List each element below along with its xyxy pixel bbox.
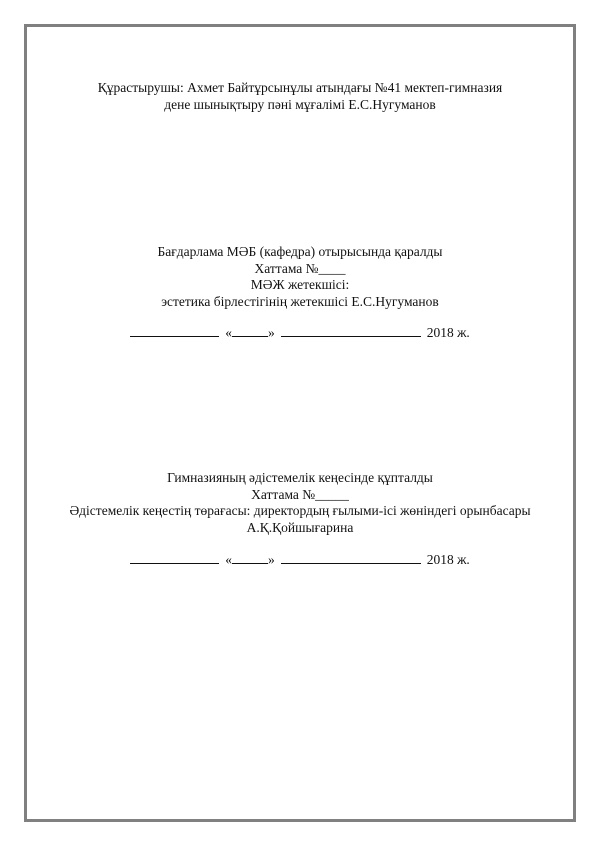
compiler-line-2: дене шынықтыру пәні мұғалімі Е.С.Нугуман… (0, 97, 600, 114)
signature-blank (130, 324, 219, 337)
kafedra-head-label: МӘЖ жетекшісі: (0, 277, 600, 294)
compiler-line-1: Құрастырушы: Ахмет Байтұрсынұлы атындағы… (0, 80, 600, 97)
council-chair-label: Әдістемелік кеңестің төрағасы: директорд… (0, 503, 600, 520)
compiler-info: Құрастырушы: Ахмет Байтұрсынұлы атындағы… (0, 80, 600, 113)
kafedra-head-name: эстетика бірлестігінің жетекшісі Е.С.Нуг… (0, 294, 600, 311)
month-blank (281, 324, 421, 337)
kafedra-protocol-number: Хаттама №____ (0, 261, 600, 278)
council-chair-name: А.Қ.Қойшығарина (0, 520, 600, 537)
kafedra-reviewed-text: Бағдарлама МӘБ (кафедра) отырысында қара… (0, 244, 600, 261)
council-approved-text: Гимназияның әдістемелік кеңесінде құптал… (0, 470, 600, 487)
close-quote: » (268, 552, 275, 567)
year-text: 2018 ж. (427, 325, 470, 340)
day-blank (232, 324, 268, 337)
open-quote: « (225, 552, 232, 567)
month-blank (281, 551, 421, 564)
council-approval-block: Гимназияның әдістемелік кеңесінде құптал… (0, 470, 600, 536)
close-quote: » (268, 325, 275, 340)
kafedra-approval-block: Бағдарлама МӘБ (кафедра) отырысында қара… (0, 244, 600, 310)
day-blank (232, 551, 268, 564)
council-protocol-number: Хаттама №_____ (0, 487, 600, 504)
page-border-frame (24, 24, 576, 822)
signature-blank (130, 551, 219, 564)
council-signature-line: «»2018 ж. (0, 551, 600, 568)
year-text: 2018 ж. (427, 552, 470, 567)
kafedra-signature-line: «»2018 ж. (0, 324, 600, 341)
open-quote: « (225, 325, 232, 340)
